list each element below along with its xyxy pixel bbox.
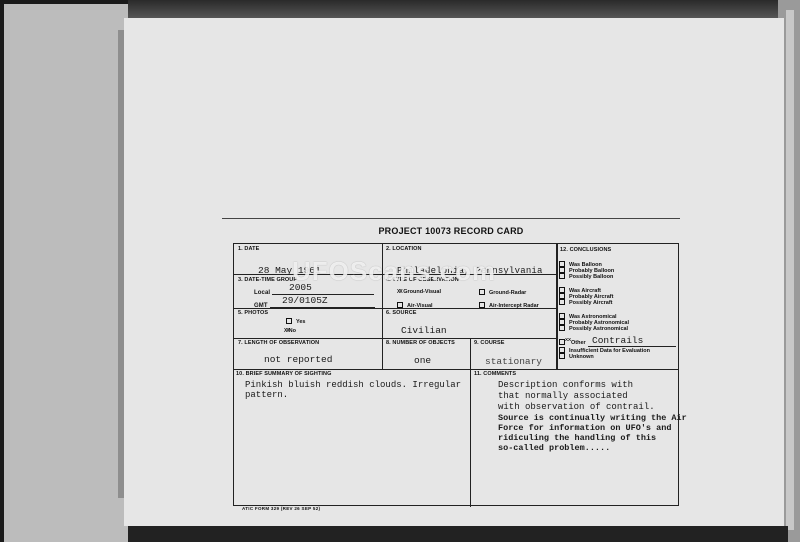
film-right-edge-inner bbox=[786, 10, 794, 530]
comments-line-4: Source is continually writing the Air bbox=[498, 413, 687, 423]
checkbox-empty-icon bbox=[479, 302, 485, 308]
watermark: UFOScans.com bbox=[292, 256, 496, 287]
location-label: 2. LOCATION bbox=[386, 246, 422, 252]
checkbox-empty-icon bbox=[559, 299, 565, 305]
comments-line-7: so-called problem..... bbox=[498, 443, 610, 453]
brief-summary-line-1: Pinkish bluish reddish clouds. Irregular bbox=[245, 380, 461, 390]
conclusion-unknown[interactable]: Unknown bbox=[559, 353, 594, 360]
check-mark: XX bbox=[565, 337, 571, 342]
checkbox-empty-icon bbox=[397, 302, 403, 308]
film-top-band bbox=[128, 0, 788, 20]
conclusion-possibly-balloon[interactable]: Possibly Balloon bbox=[559, 273, 613, 280]
air-intercept-radar-label: Air-Intercept Radar bbox=[489, 303, 539, 309]
checkbox-air-intercept-radar[interactable]: Air-Intercept Radar bbox=[479, 302, 539, 309]
source-value: Civilian bbox=[401, 325, 447, 336]
other-label: Other bbox=[571, 340, 586, 346]
conclusion-possibly-aircraft[interactable]: Possibly Aircraft bbox=[559, 299, 613, 306]
course-label: 9. COURSE bbox=[474, 340, 505, 346]
gmt-label: GMT bbox=[254, 303, 268, 309]
number-of-objects-value: one bbox=[414, 355, 431, 366]
divider-length bbox=[234, 338, 556, 339]
length-of-observation-value: not reported bbox=[264, 354, 332, 365]
card-title: PROJECT 10073 RECORD CARD bbox=[222, 226, 680, 236]
option-label: Possibly Aircraft bbox=[569, 300, 613, 306]
checkbox-air-visual[interactable]: Air-Visual bbox=[397, 302, 433, 309]
comments-line-6: ridiculing the handling of this bbox=[498, 433, 656, 443]
divider-comments bbox=[470, 369, 471, 507]
ground-radar-label: Ground-Radar bbox=[489, 290, 526, 296]
checkbox-ground-radar[interactable]: Ground-Radar bbox=[479, 289, 526, 296]
photos-no-label: No bbox=[289, 328, 296, 334]
film-left-strip bbox=[4, 4, 128, 542]
comments-line-5: Force for information on UFO's and bbox=[498, 423, 671, 433]
checkbox-empty-icon bbox=[286, 318, 292, 324]
conclusion-other[interactable]: XXOther bbox=[559, 339, 586, 346]
comments-line-1: Description conforms with bbox=[498, 380, 633, 390]
local-label: Local bbox=[254, 290, 270, 296]
number-of-objects-label: 8. NUMBER OF OBJECTS bbox=[386, 340, 455, 346]
brief-summary-label: 10. BRIEF SUMMARY OF SIGHTING bbox=[236, 371, 332, 377]
course-value: stationary bbox=[485, 356, 542, 367]
checkbox-ground-visual[interactable]: XX Ground-Visual bbox=[397, 289, 441, 295]
photos-label: 5. PHOTOS bbox=[238, 310, 268, 316]
gmt-value: 29/0105Z bbox=[282, 295, 328, 306]
film-bottom-band bbox=[128, 526, 788, 542]
conclusion-possibly-astronomical[interactable]: Possibly Astronomical bbox=[559, 325, 628, 332]
checkbox-empty-icon bbox=[559, 325, 565, 331]
check-mark: XX bbox=[397, 289, 402, 295]
ground-visual-label: Ground-Visual bbox=[403, 289, 441, 295]
checkbox-photos-yes[interactable]: Yes bbox=[286, 318, 305, 325]
option-label: Possibly Astronomical bbox=[569, 326, 628, 332]
option-label: Unknown bbox=[569, 354, 594, 360]
conclusion-other-value: Contrails bbox=[592, 335, 643, 346]
checkbox-empty-icon bbox=[479, 289, 485, 295]
checkbox-photos-no[interactable]: XXNo bbox=[284, 328, 296, 334]
divider-summary bbox=[234, 369, 679, 370]
brief-summary-line-2: pattern. bbox=[245, 390, 288, 400]
checkbox-empty-icon bbox=[559, 273, 565, 279]
divider-course bbox=[470, 338, 471, 369]
source-label: 6. SOURCE bbox=[386, 310, 417, 316]
date-label: 1. DATE bbox=[238, 246, 259, 252]
card-top-rule bbox=[222, 218, 680, 219]
comments-line-2: that normally associated bbox=[498, 391, 628, 401]
option-label: Possibly Balloon bbox=[569, 274, 613, 280]
conclusions-label: 12. CONCLUSIONS bbox=[560, 247, 611, 253]
checkbox-empty-icon bbox=[559, 353, 565, 359]
divider-col2 bbox=[556, 244, 558, 369]
length-of-observation-label: 7. LENGTH OF OBSERVATION bbox=[238, 340, 319, 346]
photos-yes-label: Yes bbox=[296, 319, 305, 325]
comments-label: 11. COMMENTS bbox=[474, 371, 516, 377]
comments-line-3: with observation of contrail. bbox=[498, 402, 655, 412]
gmt-underline bbox=[270, 307, 375, 308]
form-footer: ATIC FORM 329 (REV 26 SEP 52) bbox=[242, 506, 320, 511]
air-visual-label: Air-Visual bbox=[407, 303, 433, 309]
